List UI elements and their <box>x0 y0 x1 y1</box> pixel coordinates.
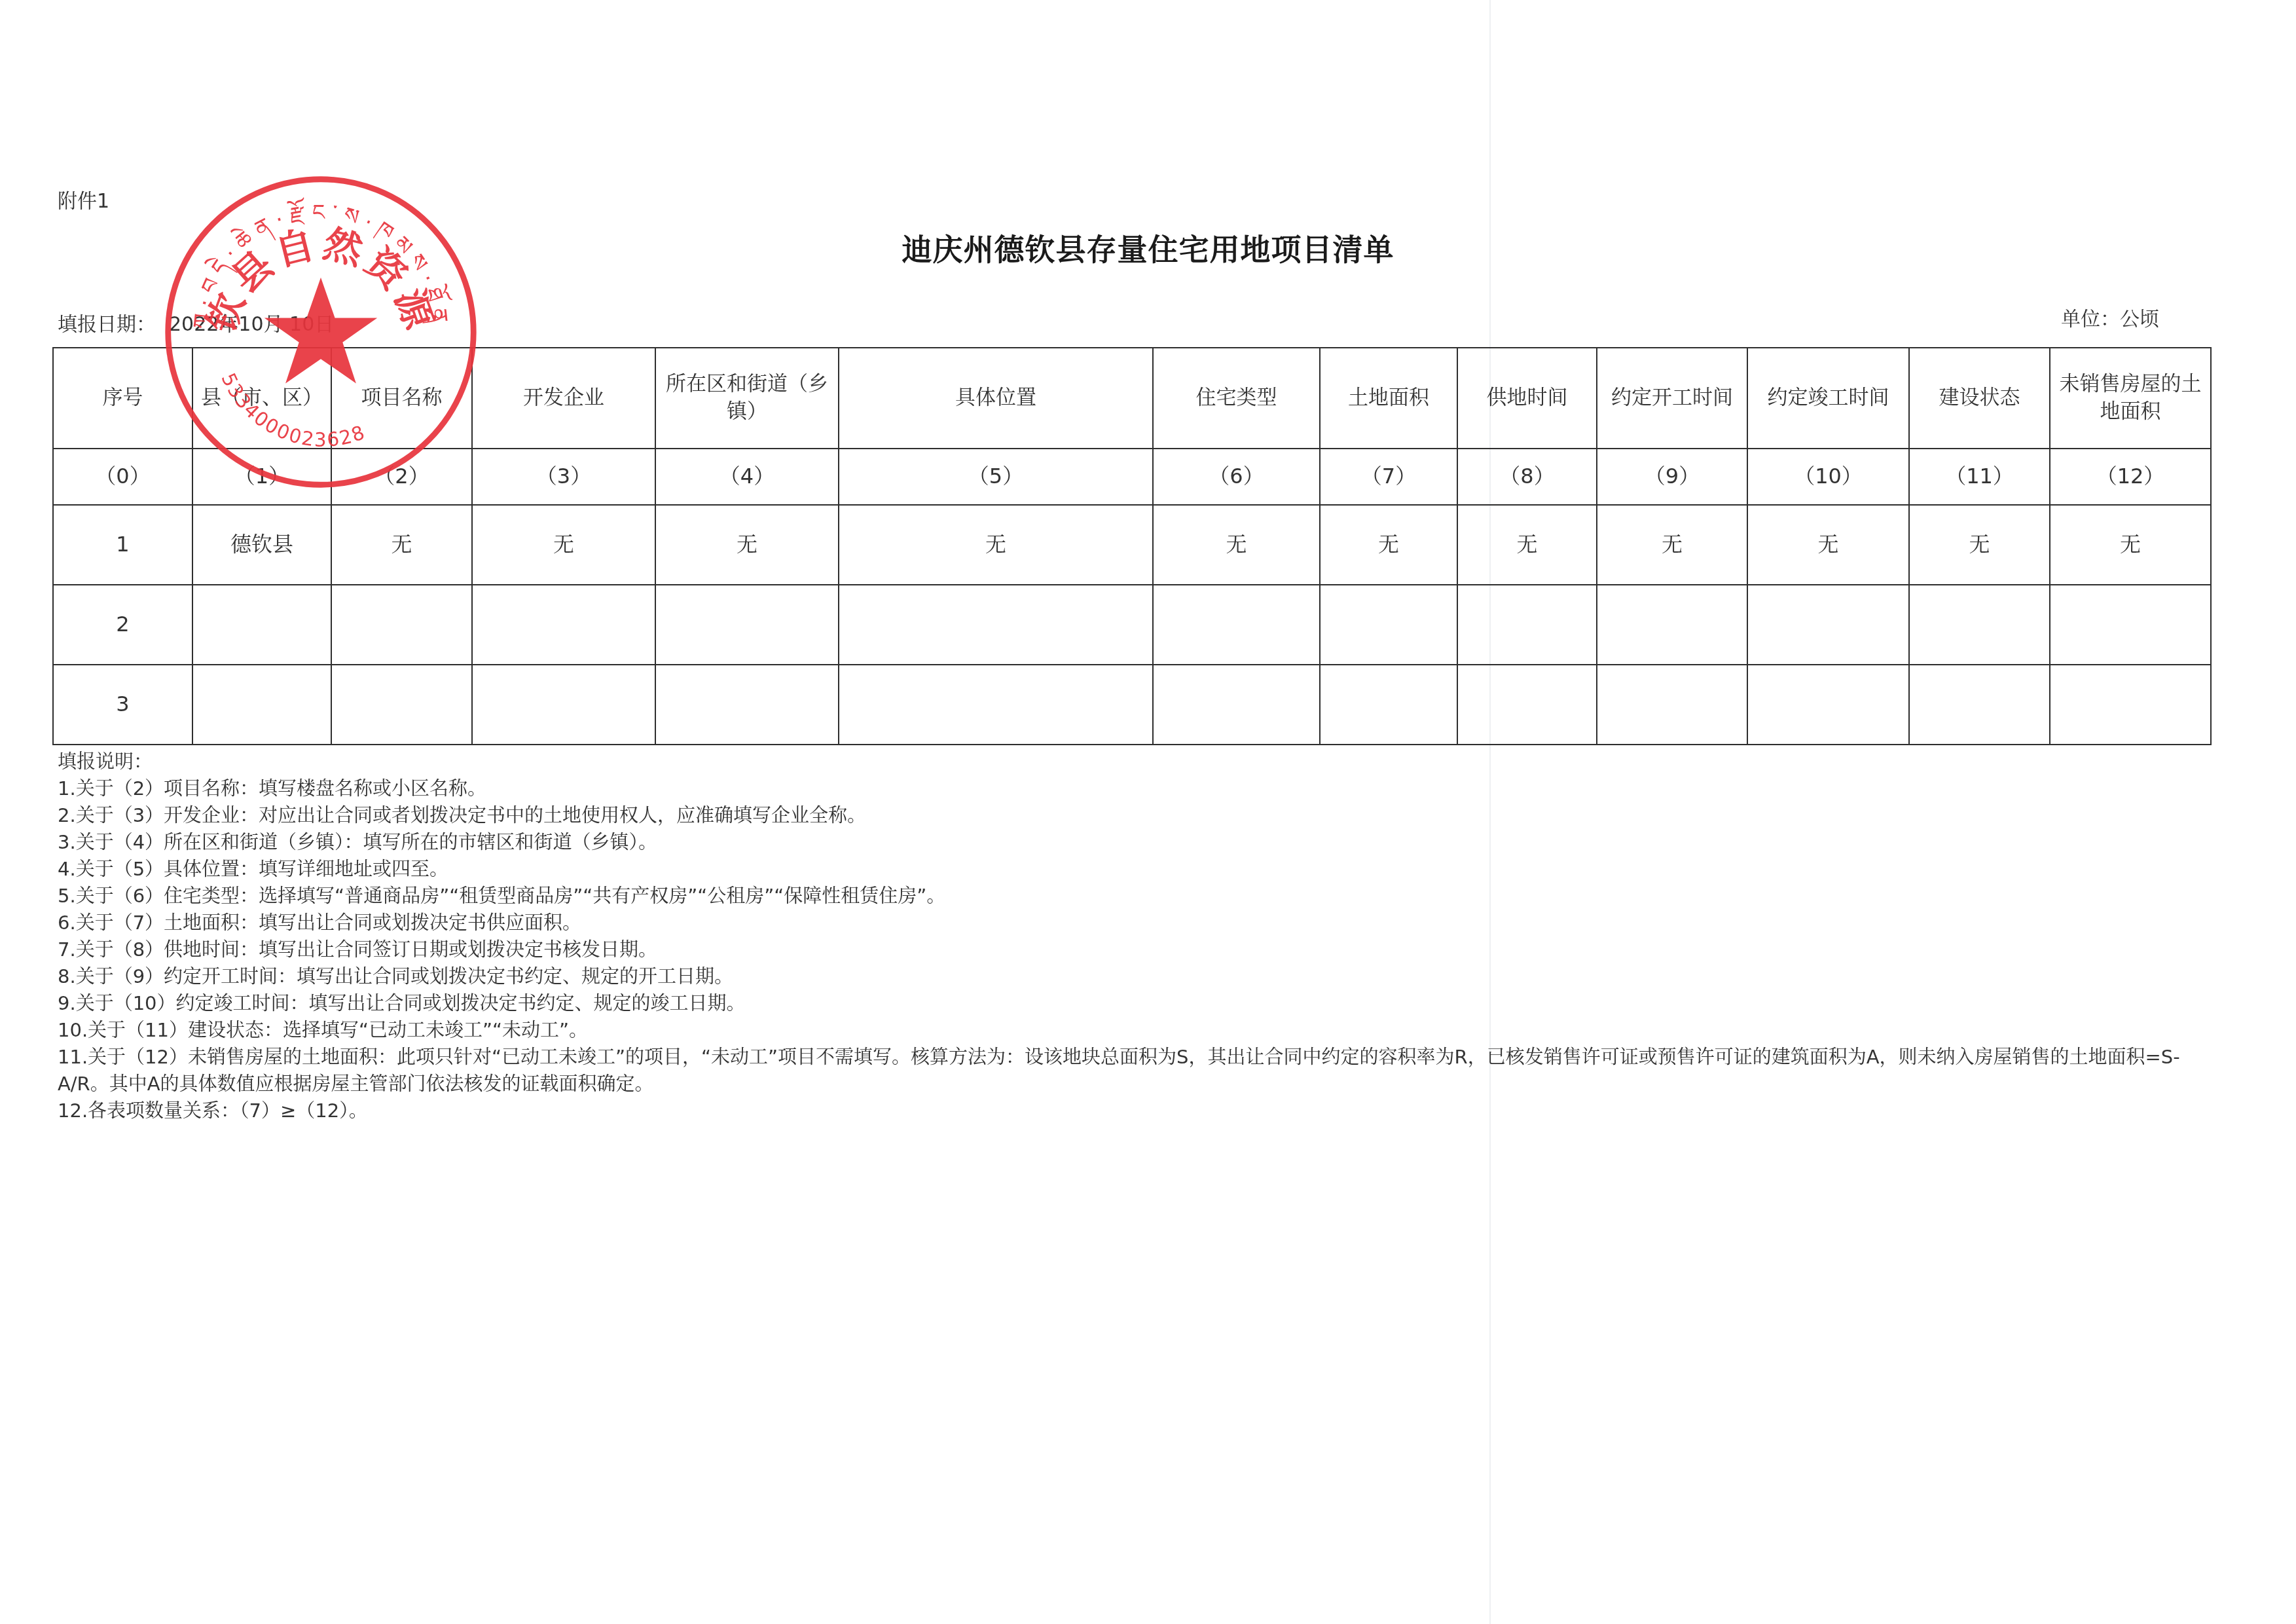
table-cell <box>192 665 331 745</box>
column-number: （5） <box>839 449 1153 505</box>
column-number: （1） <box>192 449 331 505</box>
column-number: （4） <box>655 449 839 505</box>
table-cell <box>331 585 472 665</box>
table-cell <box>192 585 331 665</box>
table-cell <box>655 585 839 665</box>
note-item: 6.关于（7）土地面积：填写出让合同或划拨决定书供应面积。 <box>58 910 2212 936</box>
column-header: 县（市、区） <box>192 348 331 449</box>
column-header: 建设状态 <box>1909 348 2050 449</box>
column-number: （2） <box>331 449 472 505</box>
table-cell <box>655 665 839 745</box>
column-header: 供地时间 <box>1457 348 1597 449</box>
table-cell: 无 <box>655 505 839 585</box>
table-cell <box>1747 585 1909 665</box>
table-cell <box>331 665 472 745</box>
column-header: 土地面积 <box>1320 348 1457 449</box>
note-item: 11.关于（12）未销售房屋的土地面积：此项只针对“已动工未竣工”的项目，“未动… <box>58 1044 2212 1098</box>
table-cell <box>1153 585 1320 665</box>
table-row: 2 <box>53 585 2211 665</box>
column-number: （10） <box>1747 449 1909 505</box>
note-item: 8.关于（9）约定开工时间：填写出让合同或划拨决定书约定、规定的开工日期。 <box>58 963 2212 990</box>
column-header: 开发企业 <box>472 348 655 449</box>
table-cell <box>1457 585 1597 665</box>
column-header: 未销售房屋的土地面积 <box>2050 348 2211 449</box>
column-header: 约定开工时间 <box>1597 348 1747 449</box>
note-item: 12.各表项数量关系：（7）≥（12）。 <box>58 1098 2212 1124</box>
header-row: 序号县（市、区）项目名称开发企业所在区和街道（乡镇）具体位置住宅类型土地面积供地… <box>53 348 2211 449</box>
table-cell <box>1320 585 1457 665</box>
note-item: 10.关于（11）建设状态：选择填写“已动工未竣工”“未动工”。 <box>58 1017 2212 1044</box>
table-cell <box>1320 665 1457 745</box>
table-cell <box>2050 665 2211 745</box>
column-number: （8） <box>1457 449 1597 505</box>
table-cell <box>1457 665 1597 745</box>
table-cell <box>1909 585 2050 665</box>
fill-date-value: 2022年10月 10日 <box>169 313 334 336</box>
column-number: （6） <box>1153 449 1320 505</box>
table-cell <box>839 665 1153 745</box>
column-number-row: （0）（1）（2）（3）（4）（5）（6）（7）（8）（9）（10）（11）（1… <box>53 449 2211 505</box>
table-cell <box>2050 585 2211 665</box>
note-item: 4.关于（5）具体位置：填写详细地址或四至。 <box>58 856 2212 883</box>
table-cell <box>472 585 655 665</box>
column-number: （12） <box>2050 449 2211 505</box>
table-row: 3 <box>53 665 2211 745</box>
table-cell <box>1909 665 2050 745</box>
table-cell: 2 <box>53 585 192 665</box>
column-header: 项目名称 <box>331 348 472 449</box>
table-cell: 德钦县 <box>192 505 331 585</box>
column-header: 序号 <box>53 348 192 449</box>
column-header: 具体位置 <box>839 348 1153 449</box>
table-cell <box>1747 665 1909 745</box>
table-cell: 无 <box>1457 505 1597 585</box>
table-cell: 无 <box>331 505 472 585</box>
note-item: 7.关于（8）供地时间：填写出让合同签订日期或划拨决定书核发日期。 <box>58 936 2212 963</box>
fill-instructions: 填报说明： 1.关于（2）项目名称：填写楼盘名称或小区名称。2.关于（3）开发企… <box>58 748 2212 1124</box>
notes-heading: 填报说明： <box>58 748 2212 775</box>
table-cell: 无 <box>1153 505 1320 585</box>
table-cell <box>472 665 655 745</box>
column-header: 约定竣工时间 <box>1747 348 1909 449</box>
table-cell <box>839 585 1153 665</box>
column-number: （0） <box>53 449 192 505</box>
note-item: 9.关于（10）约定竣工时间：填写出让合同或划拨决定书约定、规定的竣工日期。 <box>58 990 2212 1017</box>
table-cell: 1 <box>53 505 192 585</box>
column-header: 所在区和街道（乡镇） <box>655 348 839 449</box>
fill-date-label: 填报日期： <box>58 313 156 336</box>
note-item: 5.关于（6）住宅类型：选择填写“普通商品房”“租赁型商品房”“共有产权房”“公… <box>58 883 2212 910</box>
table-cell: 无 <box>472 505 655 585</box>
table-cell <box>1597 585 1747 665</box>
column-number: （7） <box>1320 449 1457 505</box>
note-item: 3.关于（4）所在区和街道（乡镇）：填写所在的市辖区和街道（乡镇）。 <box>58 829 2212 856</box>
note-item: 1.关于（2）项目名称：填写楼盘名称或小区名称。 <box>58 775 2212 802</box>
table-cell <box>1153 665 1320 745</box>
page-title: 迪庆州德钦县存量住宅用地项目清单 <box>0 226 2296 269</box>
attachment-label: 附件1 <box>58 185 109 213</box>
table-cell <box>1597 665 1747 745</box>
fill-date: 填报日期：2022年10月 10日 <box>58 308 334 337</box>
table-cell: 无 <box>839 505 1153 585</box>
table-cell: 无 <box>1320 505 1457 585</box>
column-header: 住宅类型 <box>1153 348 1320 449</box>
table-row: 1德钦县无无无无无无无无无无无 <box>53 505 2211 585</box>
table-cell: 无 <box>2050 505 2211 585</box>
table-cell: 3 <box>53 665 192 745</box>
note-item: 2.关于（3）开发企业：对应出让合同或者划拨决定书中的土地使用权人，应准确填写企… <box>58 802 2212 829</box>
table-cell: 无 <box>1747 505 1909 585</box>
table-cell: 无 <box>1909 505 2050 585</box>
column-number: （11） <box>1909 449 2050 505</box>
unit-label: 单位：公顷 <box>2061 303 2159 331</box>
column-number: （3） <box>472 449 655 505</box>
table-cell: 无 <box>1597 505 1747 585</box>
column-number: （9） <box>1597 449 1747 505</box>
project-table: 序号县（市、区）项目名称开发企业所在区和街道（乡镇）具体位置住宅类型土地面积供地… <box>52 347 2212 745</box>
